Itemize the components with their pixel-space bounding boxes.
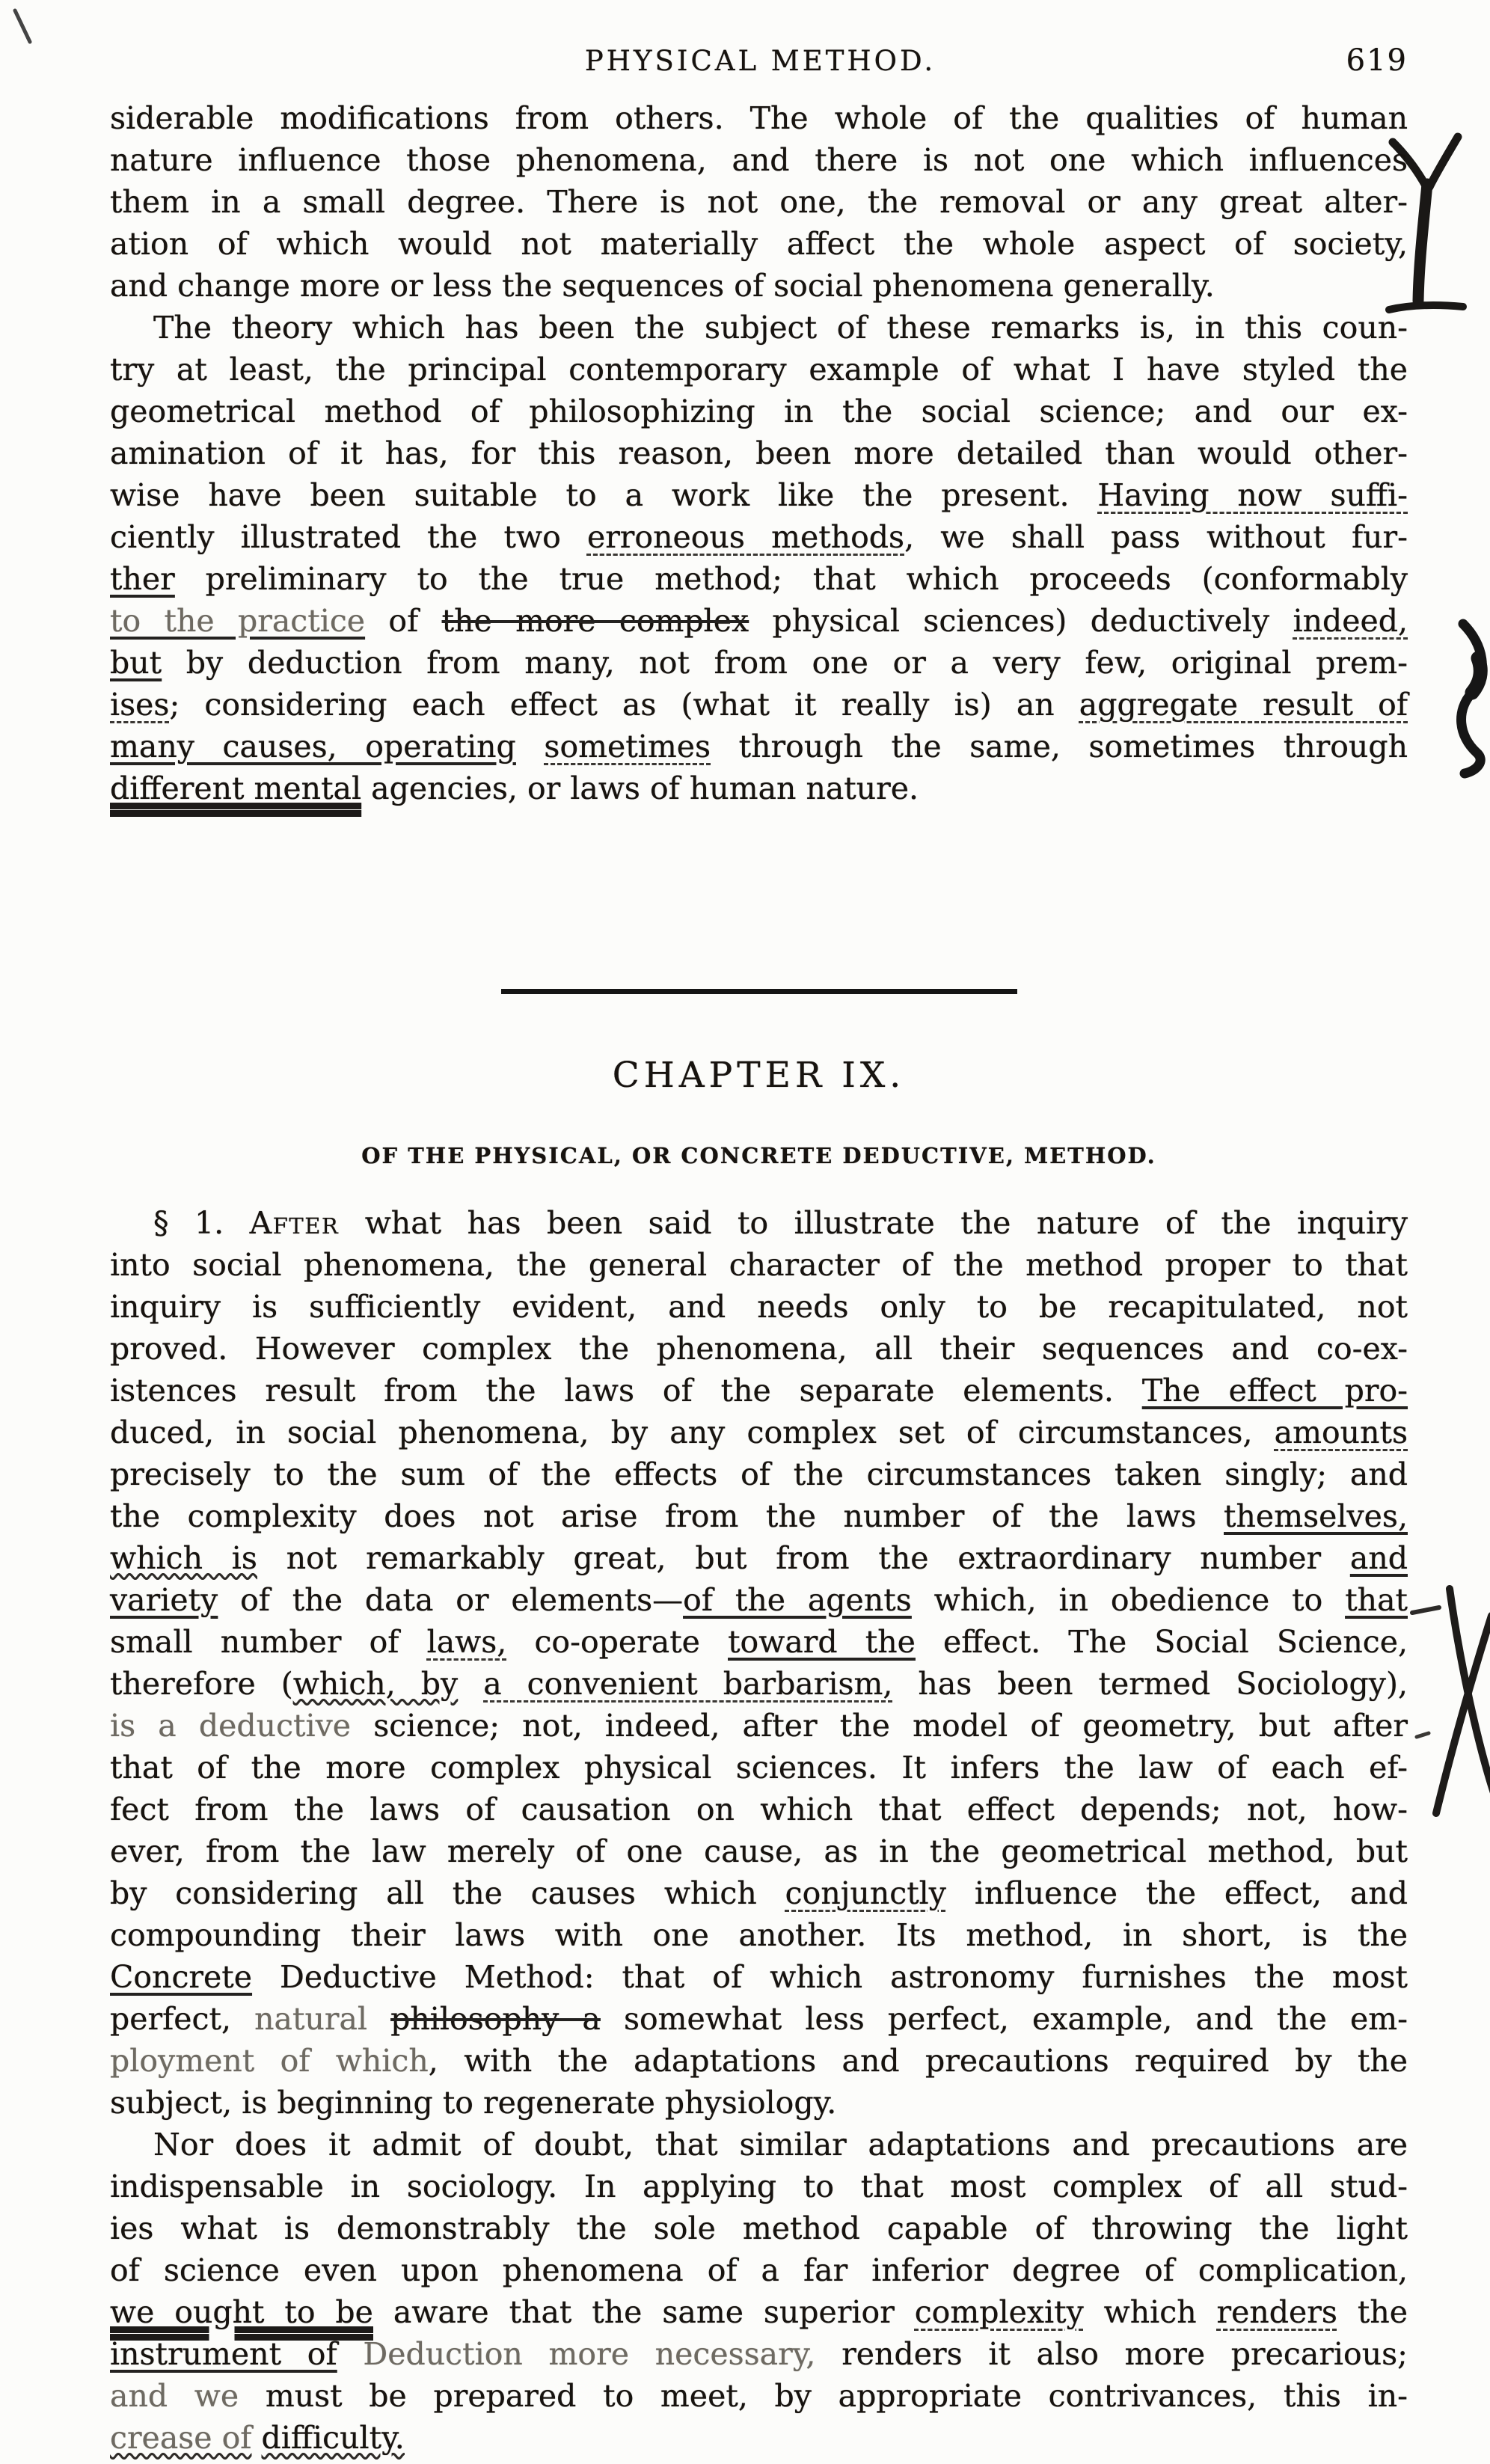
annotated-text: natural bbox=[254, 2001, 367, 2037]
text-run: has been termed Sociology), bbox=[892, 1666, 1408, 1702]
text-run: compounding their laws with one another.… bbox=[110, 1917, 1408, 1953]
text-run: istences result from the laws of the sep… bbox=[110, 1373, 1142, 1409]
text-run: indispensable in sociology. In applying … bbox=[110, 2169, 1408, 2204]
text-run: § 1. bbox=[153, 1205, 250, 1241]
text-run: The theory which has been the subject of… bbox=[153, 310, 1408, 346]
annotated-text: complexity bbox=[915, 2294, 1084, 2330]
running-head-title: PHYSICAL METHOD. bbox=[200, 45, 1321, 77]
text-run: influence the effect, and bbox=[946, 1875, 1408, 1911]
text-line: indispensable in sociology. In applying … bbox=[110, 2166, 1408, 2207]
text-line: is a deductive science; not, indeed, aft… bbox=[110, 1705, 1408, 1747]
text-run: inquiry is sufficiently evident, and nee… bbox=[110, 1289, 1408, 1325]
chapter-title: CHAPTER IX. bbox=[110, 1054, 1408, 1097]
text-line: precisely to the sum of the effects of t… bbox=[110, 1453, 1408, 1495]
text-line: crease of difficulty. bbox=[110, 2417, 1408, 2459]
annotated-text: After bbox=[250, 1205, 340, 1241]
page-number: 619 bbox=[1321, 43, 1408, 78]
page-content: PHYSICAL METHOD. 619 siderable modificat… bbox=[110, 43, 1408, 2459]
text-run: renders it also more precarious; bbox=[815, 2336, 1408, 2372]
text-run bbox=[367, 2001, 390, 2037]
annotated-text: ther bbox=[110, 561, 175, 597]
text-run: physical sciences) deductively bbox=[749, 603, 1293, 639]
text-line: many causes, operating sometimes through… bbox=[110, 726, 1408, 767]
text-run: geometrical method of philosophizing in … bbox=[110, 393, 1408, 429]
annotated-text: many causes, operating bbox=[110, 729, 516, 764]
text-line: proved. However complex the phenomena, a… bbox=[110, 1328, 1408, 1370]
text-line: of science even upon phenomena of a far … bbox=[110, 2249, 1408, 2291]
text-line: small number of laws, co-operate toward … bbox=[110, 1621, 1408, 1663]
annotated-text: is a deductive bbox=[110, 1708, 351, 1744]
text-line: variety of the data or elements—of the a… bbox=[110, 1579, 1408, 1621]
text-run: of bbox=[365, 603, 442, 639]
text-line: Concrete Deductive Method: that of which… bbox=[110, 1956, 1408, 1998]
annotated-text: ployment of which bbox=[110, 2043, 429, 2079]
chapter-heading: CHAPTER IX. OF THE PHYSICAL, OR CONCRETE… bbox=[110, 989, 1408, 1171]
annotated-text: amounts bbox=[1275, 1415, 1408, 1450]
text-run: fect from the laws of causation on which… bbox=[110, 1792, 1408, 1827]
annotated-text: difficulty. bbox=[262, 2420, 405, 2456]
text-run: the bbox=[1337, 2294, 1408, 2330]
text-line: that of the more complex physical scienc… bbox=[110, 1747, 1408, 1789]
annotated-text: different mental bbox=[110, 770, 361, 806]
annotated-text: crease of bbox=[110, 2420, 251, 2456]
text-run: try at least, the principal contemporary… bbox=[110, 352, 1408, 387]
text-run: by considering all the causes which bbox=[110, 1875, 785, 1911]
text-run bbox=[337, 2336, 364, 2372]
text-line: them in a small degree. There is not one… bbox=[110, 181, 1408, 223]
body-section: § 1. After what has been said to illustr… bbox=[110, 1202, 1408, 2459]
annotated-text: conjunctly bbox=[785, 1875, 946, 1911]
text-run: perfect, bbox=[110, 2001, 254, 2037]
text-run: into social phenomena, the general chara… bbox=[110, 1247, 1408, 1283]
annotated-text: Concrete bbox=[110, 1959, 252, 1995]
text-line: and change more or less the sequences of… bbox=[110, 265, 1408, 307]
text-line: The theory which has been the subject of… bbox=[110, 307, 1408, 349]
text-run: siderable modifications from others. The… bbox=[110, 100, 1408, 136]
text-run: aware that the same superior bbox=[373, 2294, 915, 2330]
annotated-text: which, by bbox=[293, 1666, 458, 1702]
text-run: them in a small degree. There is not one… bbox=[110, 184, 1408, 220]
text-run: which bbox=[1084, 2294, 1217, 2330]
text-line: istences result from the laws of the sep… bbox=[110, 1370, 1408, 1412]
annotated-text: Deduction more necessary, bbox=[363, 2336, 815, 2372]
annotated-text: aggregate result of bbox=[1079, 687, 1408, 723]
text-run: by deduction from many, not from one or … bbox=[162, 645, 1408, 681]
text-run: which, in obedience to bbox=[912, 1582, 1345, 1618]
annotated-text: toward the bbox=[728, 1624, 916, 1660]
text-line: subject, is beginning to regenerate phys… bbox=[110, 2082, 1408, 2124]
text-line: compounding their laws with one another.… bbox=[110, 1914, 1408, 1956]
text-run: subject, is beginning to regenerate phys… bbox=[110, 2085, 836, 2121]
text-run: the complexity does not arise from the n… bbox=[110, 1498, 1224, 1534]
text-run: what has been said to illustrate the nat… bbox=[339, 1205, 1408, 1241]
text-run bbox=[251, 2420, 261, 2456]
text-line: we ought to be aware that the same super… bbox=[110, 2291, 1408, 2333]
text-line: ies what is demonstrably the sole method… bbox=[110, 2207, 1408, 2249]
text-run: agencies, or laws of human nature. bbox=[361, 770, 919, 806]
text-run: proved. However complex the phenomena, a… bbox=[110, 1331, 1408, 1367]
text-run: ; considering each effect as (what it re… bbox=[169, 687, 1079, 723]
text-run: somewhat less perfect, example, and the … bbox=[601, 2001, 1408, 2037]
text-line: nature influence those phenomena, and th… bbox=[110, 139, 1408, 181]
text-line: ciently illustrated the two erroneous me… bbox=[110, 516, 1408, 558]
text-run bbox=[458, 1666, 483, 1702]
text-line: amination of it has, for this reason, be… bbox=[110, 432, 1408, 474]
paragraph: The theory which has been the subject of… bbox=[110, 307, 1408, 809]
paragraph: siderable modifications from others. The… bbox=[110, 97, 1408, 307]
text-run: therefore ( bbox=[110, 1666, 293, 1702]
text-run: Deductive Method: that of which astronom… bbox=[252, 1959, 1408, 1995]
annotated-text: that bbox=[1345, 1582, 1408, 1618]
text-line: siderable modifications from others. The… bbox=[110, 97, 1408, 139]
annotated-text: themselves, bbox=[1224, 1498, 1408, 1534]
annotated-text: sometimes bbox=[544, 729, 711, 764]
text-line: therefore (which, by a convenient barbar… bbox=[110, 1663, 1408, 1705]
brace-mark bbox=[1462, 624, 1483, 773]
annotated-text: a convenient barbarism, bbox=[483, 1666, 892, 1702]
text-line: ever, from the law merely of one cause, … bbox=[110, 1830, 1408, 1872]
annotated-text: indeed, bbox=[1293, 603, 1408, 639]
chapter-subtitle: OF THE PHYSICAL, OR CONCRETE DEDUCTIVE, … bbox=[110, 1141, 1408, 1171]
text-run: wise have been suitable to a work like t… bbox=[110, 477, 1097, 513]
annotated-text: renders bbox=[1217, 2294, 1337, 2330]
annotated-text: Having now suffi- bbox=[1097, 477, 1408, 513]
text-run: effect. The Social Science, bbox=[916, 1624, 1408, 1660]
text-line: instrument of Deduction more necessary, … bbox=[110, 2333, 1408, 2375]
running-head: PHYSICAL METHOD. 619 bbox=[110, 43, 1408, 78]
annotated-text: ises bbox=[110, 687, 169, 723]
text-run: must be prepared to meet, by appropriate… bbox=[239, 2378, 1408, 2414]
text-line: inquiry is sufficiently evident, and nee… bbox=[110, 1286, 1408, 1328]
text-line: ises; considering each effect as (what i… bbox=[110, 684, 1408, 726]
paragraph: Nor does it admit of doubt, that similar… bbox=[110, 2124, 1408, 2459]
text-run bbox=[516, 729, 545, 764]
annotated-text: but bbox=[110, 645, 162, 681]
text-line: the complexity does not arise from the n… bbox=[110, 1495, 1408, 1537]
text-run: , with the adaptations and precautions r… bbox=[429, 2043, 1408, 2079]
text-line: ther preliminary to the true method; tha… bbox=[110, 558, 1408, 600]
text-run: , we shall pass without fur- bbox=[904, 519, 1408, 555]
text-run: ever, from the law merely of one cause, … bbox=[110, 1833, 1408, 1869]
text-run: science; not, indeed, after the model of… bbox=[351, 1708, 1408, 1744]
text-run: not remarkably great, but from the extra… bbox=[257, 1540, 1350, 1576]
annotated-text: and bbox=[1350, 1540, 1408, 1576]
annotated-text: variety bbox=[110, 1582, 218, 1618]
annotated-text: we ought to be bbox=[110, 2294, 373, 2330]
text-line: but by deduction from many, not from one… bbox=[110, 642, 1408, 684]
annotated-text: the more complex bbox=[442, 603, 749, 639]
x-mark bbox=[1436, 1589, 1490, 1813]
annotated-text: of the agents bbox=[683, 1582, 912, 1618]
text-line: ation of which would not materially affe… bbox=[110, 223, 1408, 265]
text-run: duced, in social phenomena, by any compl… bbox=[110, 1415, 1275, 1450]
text-line: by considering all the causes which conj… bbox=[110, 1872, 1408, 1914]
text-line: perfect, natural philosophy a somewhat l… bbox=[110, 1998, 1408, 2040]
section-divider bbox=[501, 989, 1017, 994]
text-run: nature influence those phenomena, and th… bbox=[110, 142, 1408, 178]
text-run: Nor does it admit of doubt, that similar… bbox=[153, 2127, 1408, 2163]
text-run: preliminary to the true method; that whi… bbox=[175, 561, 1408, 597]
text-run: and change more or less the sequences of… bbox=[110, 268, 1215, 304]
text-run: co-operate bbox=[506, 1624, 728, 1660]
text-run: that of the more complex physical scienc… bbox=[110, 1750, 1408, 1786]
text-line: Nor does it admit of doubt, that similar… bbox=[110, 2124, 1408, 2166]
annotated-text: instrument of bbox=[110, 2336, 337, 2372]
text-run: precisely to the sum of the effects of t… bbox=[110, 1456, 1408, 1492]
text-run: of science even upon phenomena of a far … bbox=[110, 2252, 1408, 2288]
text-line: duced, in social phenomena, by any compl… bbox=[110, 1412, 1408, 1453]
text-run: ation of which would not materially affe… bbox=[110, 226, 1408, 262]
text-line: and we must be prepared to meet, by appr… bbox=[110, 2375, 1408, 2417]
text-line: different mental agencies, or laws of hu… bbox=[110, 767, 1408, 809]
text-run: amination of it has, for this reason, be… bbox=[110, 435, 1408, 471]
margin-dash-upper bbox=[1412, 1608, 1439, 1613]
corner-tick bbox=[15, 10, 30, 42]
text-run: ciently illustrated the two bbox=[110, 519, 587, 555]
book-page: PHYSICAL METHOD. 619 siderable modificat… bbox=[0, 0, 1490, 2464]
margin-dash-lower bbox=[1417, 1733, 1429, 1737]
annotated-text: and we bbox=[110, 2378, 239, 2414]
annotated-text: to the practice bbox=[110, 603, 365, 639]
text-line: geometrical method of philosophizing in … bbox=[110, 390, 1408, 432]
text-run: of the data or elements— bbox=[218, 1582, 683, 1618]
text-run: through the same, sometimes through bbox=[711, 729, 1408, 764]
text-line: which is not remarkably great, but from … bbox=[110, 1537, 1408, 1579]
text-run: ies what is demonstrably the sole method… bbox=[110, 2210, 1408, 2246]
text-line: try at least, the principal contemporary… bbox=[110, 349, 1408, 390]
text-line: wise have been suitable to a work like t… bbox=[110, 474, 1408, 516]
annotated-text: which is bbox=[110, 1540, 257, 1576]
annotated-text: philosophy a bbox=[390, 2001, 601, 2037]
annotated-text: The effect pro- bbox=[1142, 1373, 1408, 1409]
text-line: § 1. After what has been said to illustr… bbox=[110, 1202, 1408, 1244]
annotated-text: laws, bbox=[427, 1624, 507, 1660]
annotated-text: erroneous methods bbox=[587, 519, 904, 555]
text-line: to the practice of the more complex phys… bbox=[110, 600, 1408, 642]
text-line: into social phenomena, the general chara… bbox=[110, 1244, 1408, 1286]
top-section: siderable modifications from others. The… bbox=[110, 97, 1408, 809]
paragraph: § 1. After what has been said to illustr… bbox=[110, 1202, 1408, 2124]
text-run: small number of bbox=[110, 1624, 427, 1660]
text-line: fect from the laws of causation on which… bbox=[110, 1789, 1408, 1830]
text-line: ployment of which, with the adaptations … bbox=[110, 2040, 1408, 2082]
